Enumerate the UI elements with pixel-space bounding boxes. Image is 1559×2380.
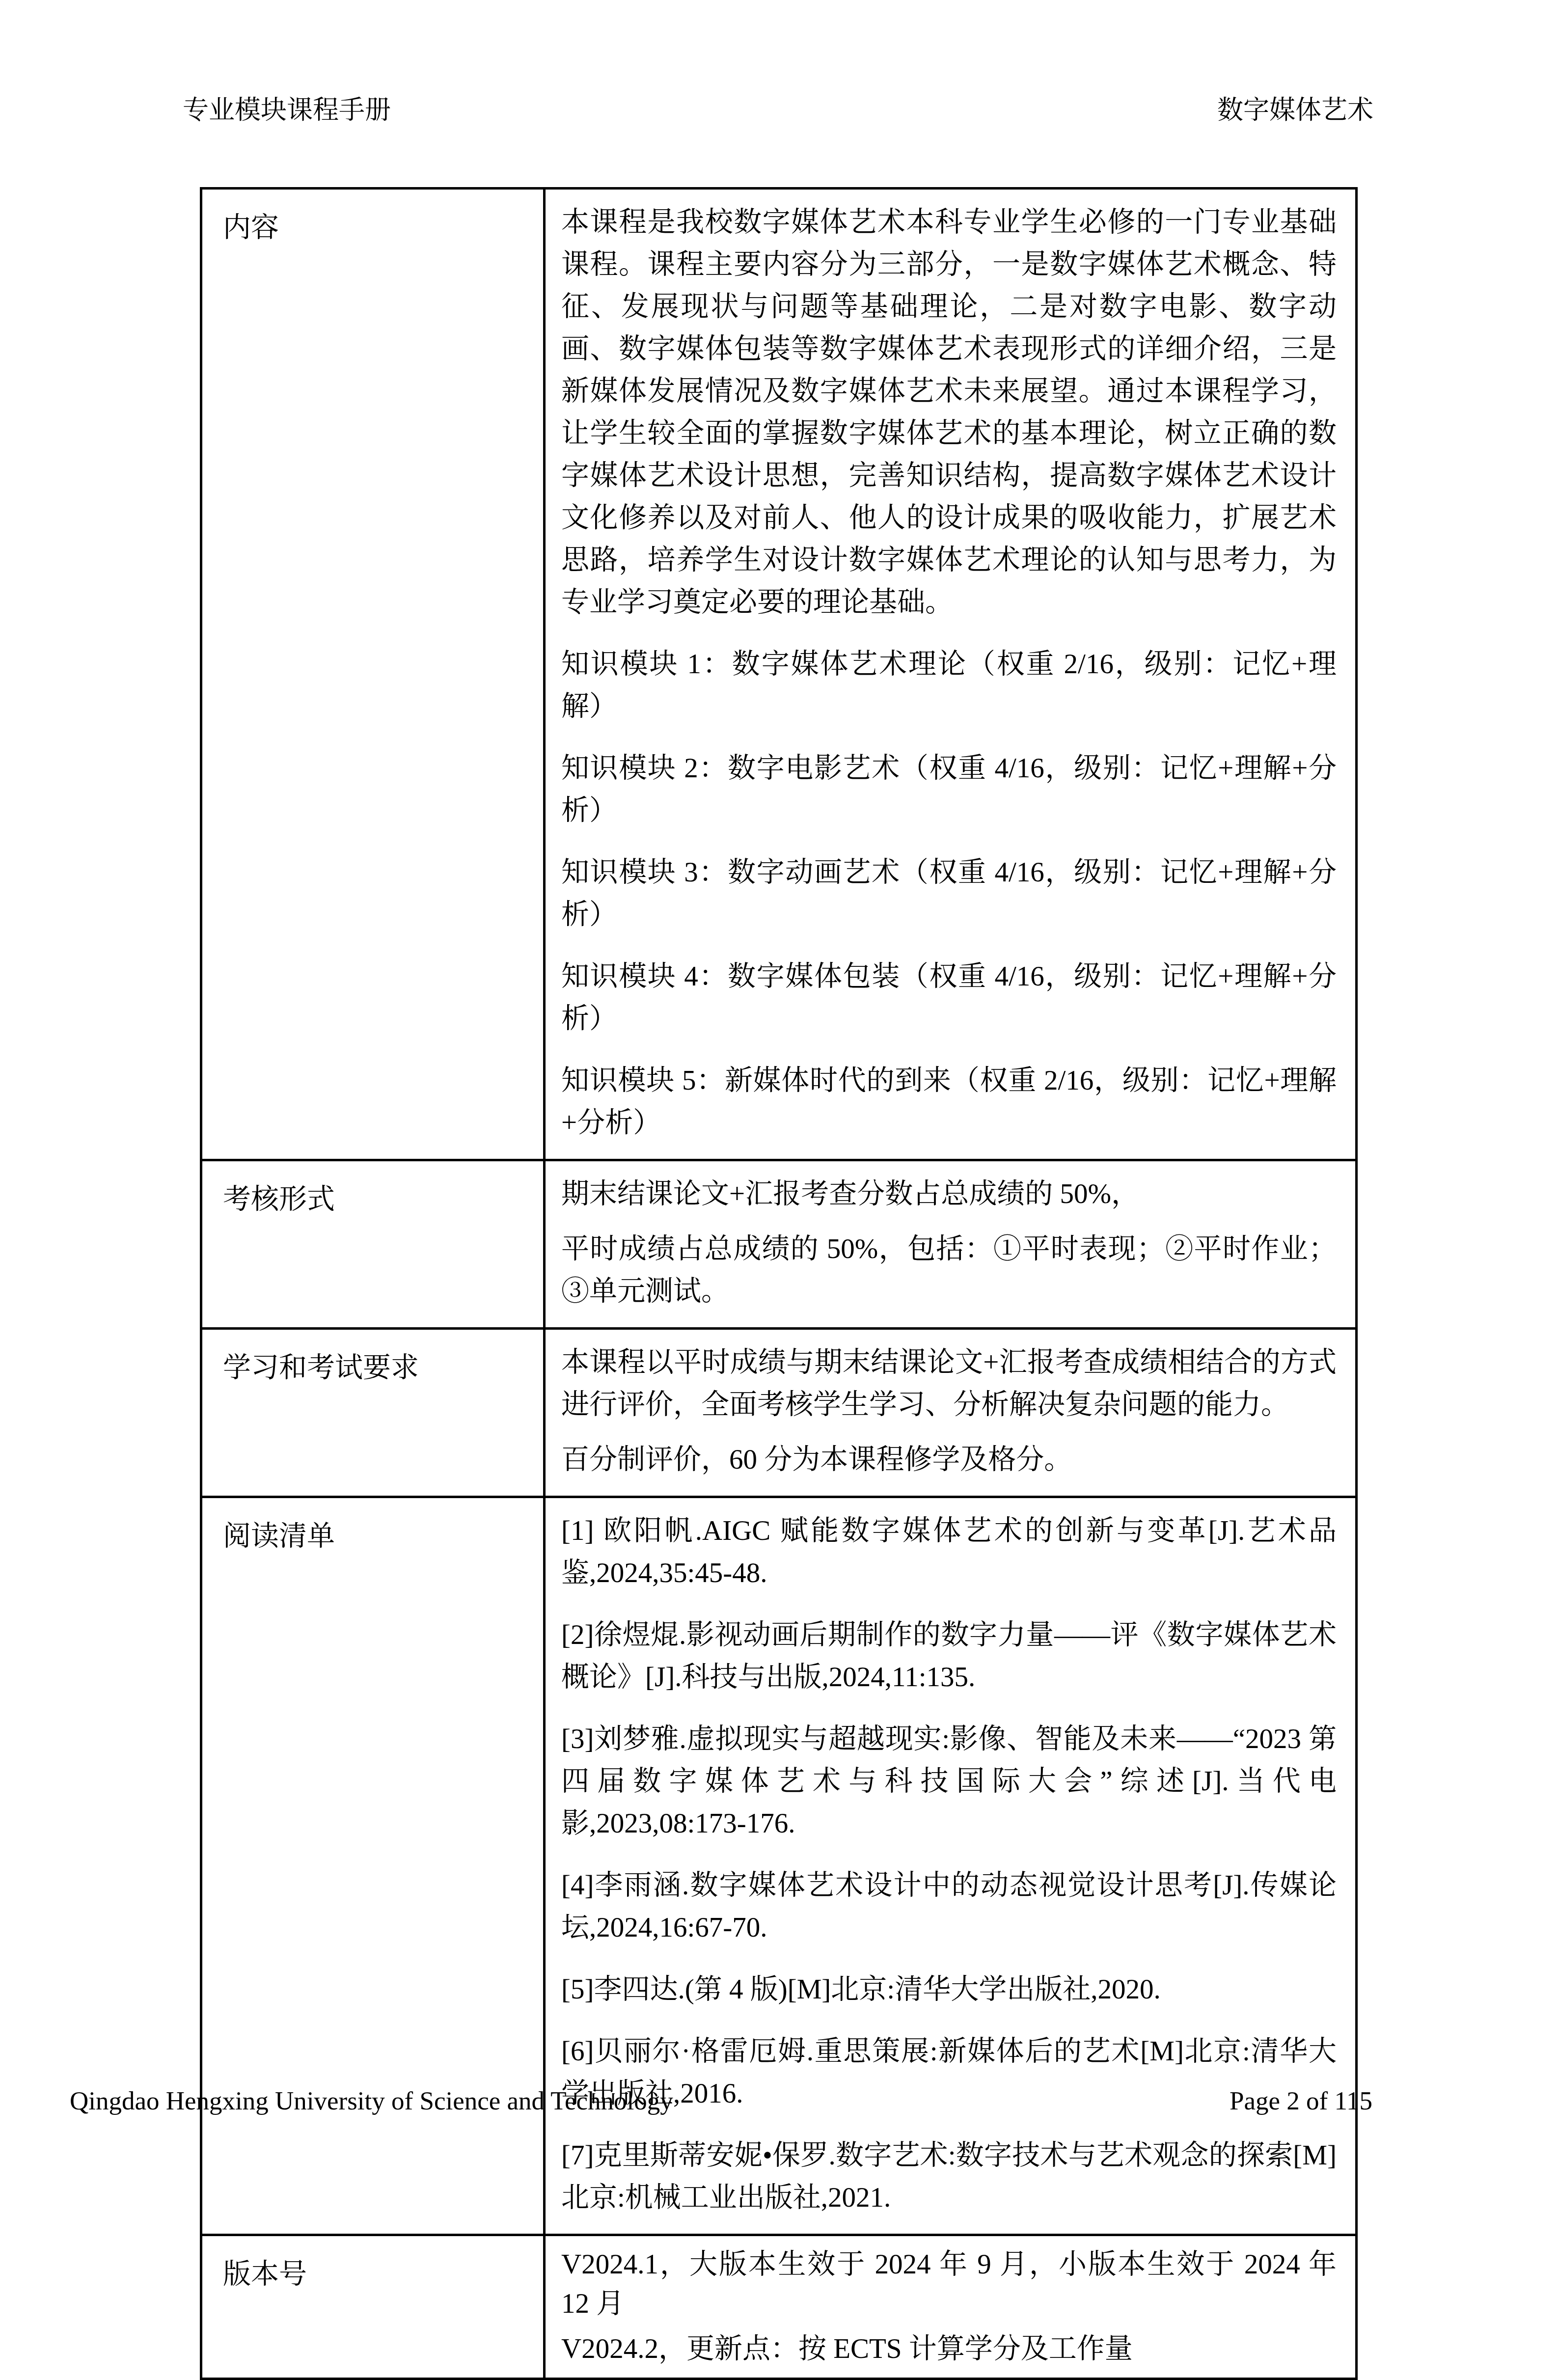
assessment-line-2: 平时成绩占总成绩的 50%，包括：①平时表现；②平时作业；③单元测试。: [561, 1228, 1337, 1313]
row-label-assessment: 考核形式: [201, 1160, 545, 1329]
row-value-study-requirements: 本课程以平时成绩与期末结课论文+汇报考查成绩相结合的方式进行评价，全面考核学生学…: [545, 1329, 1357, 1497]
row-label-version: 版本号: [201, 2235, 545, 2379]
footer-institution: Qingdao Hengxing University of Science a…: [70, 2085, 673, 2117]
reading-item-2: [2]徐煜焜.影视动画后期制作的数字力量——评《数字媒体艺术概论》[J].科技与…: [561, 1614, 1337, 1698]
footer-page-number: Page 2 of 115: [1230, 2085, 1372, 2117]
table-row-content: 内容 本课程是我校数字媒体艺术本科专业学生必修的一门专业基础课程。课程主要内容分…: [201, 189, 1357, 1160]
document-page: 专业模块课程手册 数字媒体艺术 内容 本课程是我校数字媒体艺术本科专业学生必修的…: [0, 0, 1559, 2205]
version-line-2: V2024.2，更新点：按 ECTS 计算学分及工作量: [561, 2329, 1337, 2369]
course-info-table: 内容 本课程是我校数字媒体艺术本科专业学生必修的一门专业基础课程。课程主要内容分…: [200, 187, 1358, 2380]
table-row-version: 版本号 V2024.1，大版本生效于 2024 年 9 月，小版本生效于 202…: [201, 2235, 1357, 2379]
knowledge-module-5: 知识模块 5：新媒体时代的到来（权重 2/16，级别：记忆+理解+分析）: [561, 1060, 1337, 1144]
reading-item-5: [5]李四达.(第 4 版)[M]北京:清华大学出版社,2020.: [561, 1969, 1337, 2011]
row-value-assessment: 期末结课论文+汇报考查分数占总成绩的 50%， 平时成绩占总成绩的 50%，包括…: [545, 1160, 1357, 1329]
knowledge-module-2: 知识模块 2：数字电影艺术（权重 4/16，级别：记忆+理解+分析）: [561, 747, 1337, 832]
course-description-paragraph: 本课程是我校数字媒体艺术本科专业学生必修的一门专业基础课程。课程主要内容分为三部…: [561, 201, 1337, 624]
reading-item-1: [1] 欧阳帆.AIGC 赋能数字媒体艺术的创新与变革[J].艺术品鉴,2024…: [561, 1510, 1337, 1594]
reading-item-3: [3]刘梦雅.虚拟现实与超越现实:影像、智能及未来——“2023 第四届数字媒体…: [561, 1718, 1337, 1845]
table-row-assessment: 考核形式 期末结课论文+汇报考查分数占总成绩的 50%， 平时成绩占总成绩的 5…: [201, 1160, 1357, 1329]
reading-item-4: [4]李雨涵.数字媒体艺术设计中的动态视觉设计思考[J].传媒论坛,2024,1…: [561, 1864, 1337, 1949]
knowledge-module-1: 知识模块 1：数字媒体艺术理论（权重 2/16，级别：记忆+理解）: [561, 643, 1337, 728]
knowledge-module-3: 知识模块 3：数字动画艺术（权重 4/16，级别：记忆+理解+分析）: [561, 851, 1337, 936]
table-row-study-requirements: 学习和考试要求 本课程以平时成绩与期末结课论文+汇报考查成绩相结合的方式进行评价…: [201, 1329, 1357, 1497]
reading-item-7: [7]克里斯蒂安妮•保罗.数字艺术:数字技术与艺术观念的探索[M]北京:机械工业…: [561, 2134, 1337, 2219]
assessment-line-1: 期末结课论文+汇报考查分数占总成绩的 50%，: [561, 1173, 1337, 1215]
row-label-study-requirements: 学习和考试要求: [201, 1329, 545, 1497]
table-row-reading-list: 阅读清单 [1] 欧阳帆.AIGC 赋能数字媒体艺术的创新与变革[J].艺术品鉴…: [201, 1497, 1357, 2235]
study-requirement-line-1: 本课程以平时成绩与期末结课论文+汇报考查成绩相结合的方式进行评价，全面考核学生学…: [561, 1341, 1337, 1426]
header-left-title: 专业模块课程手册: [183, 94, 391, 127]
knowledge-module-4: 知识模块 4：数字媒体包装（权重 4/16，级别：记忆+理解+分析）: [561, 956, 1337, 1040]
row-label-content: 内容: [201, 189, 545, 1160]
study-requirement-line-2: 百分制评价，60 分为本课程修学及格分。: [561, 1439, 1337, 1481]
page-footer: Qingdao Hengxing University of Science a…: [70, 2085, 1372, 2117]
row-value-content: 本课程是我校数字媒体艺术本科专业学生必修的一门专业基础课程。课程主要内容分为三部…: [545, 189, 1357, 1160]
header-right-title: 数字媒体艺术: [1217, 94, 1373, 127]
row-value-reading-list: [1] 欧阳帆.AIGC 赋能数字媒体艺术的创新与变革[J].艺术品鉴,2024…: [545, 1497, 1357, 2235]
row-label-reading-list: 阅读清单: [201, 1497, 545, 2235]
row-value-version: V2024.1，大版本生效于 2024 年 9 月，小版本生效于 2024 年 …: [545, 2235, 1357, 2379]
version-line-1: V2024.1，大版本生效于 2024 年 9 月，小版本生效于 2024 年 …: [561, 2245, 1337, 2324]
page-header: 专业模块课程手册 数字媒体艺术: [183, 94, 1373, 127]
